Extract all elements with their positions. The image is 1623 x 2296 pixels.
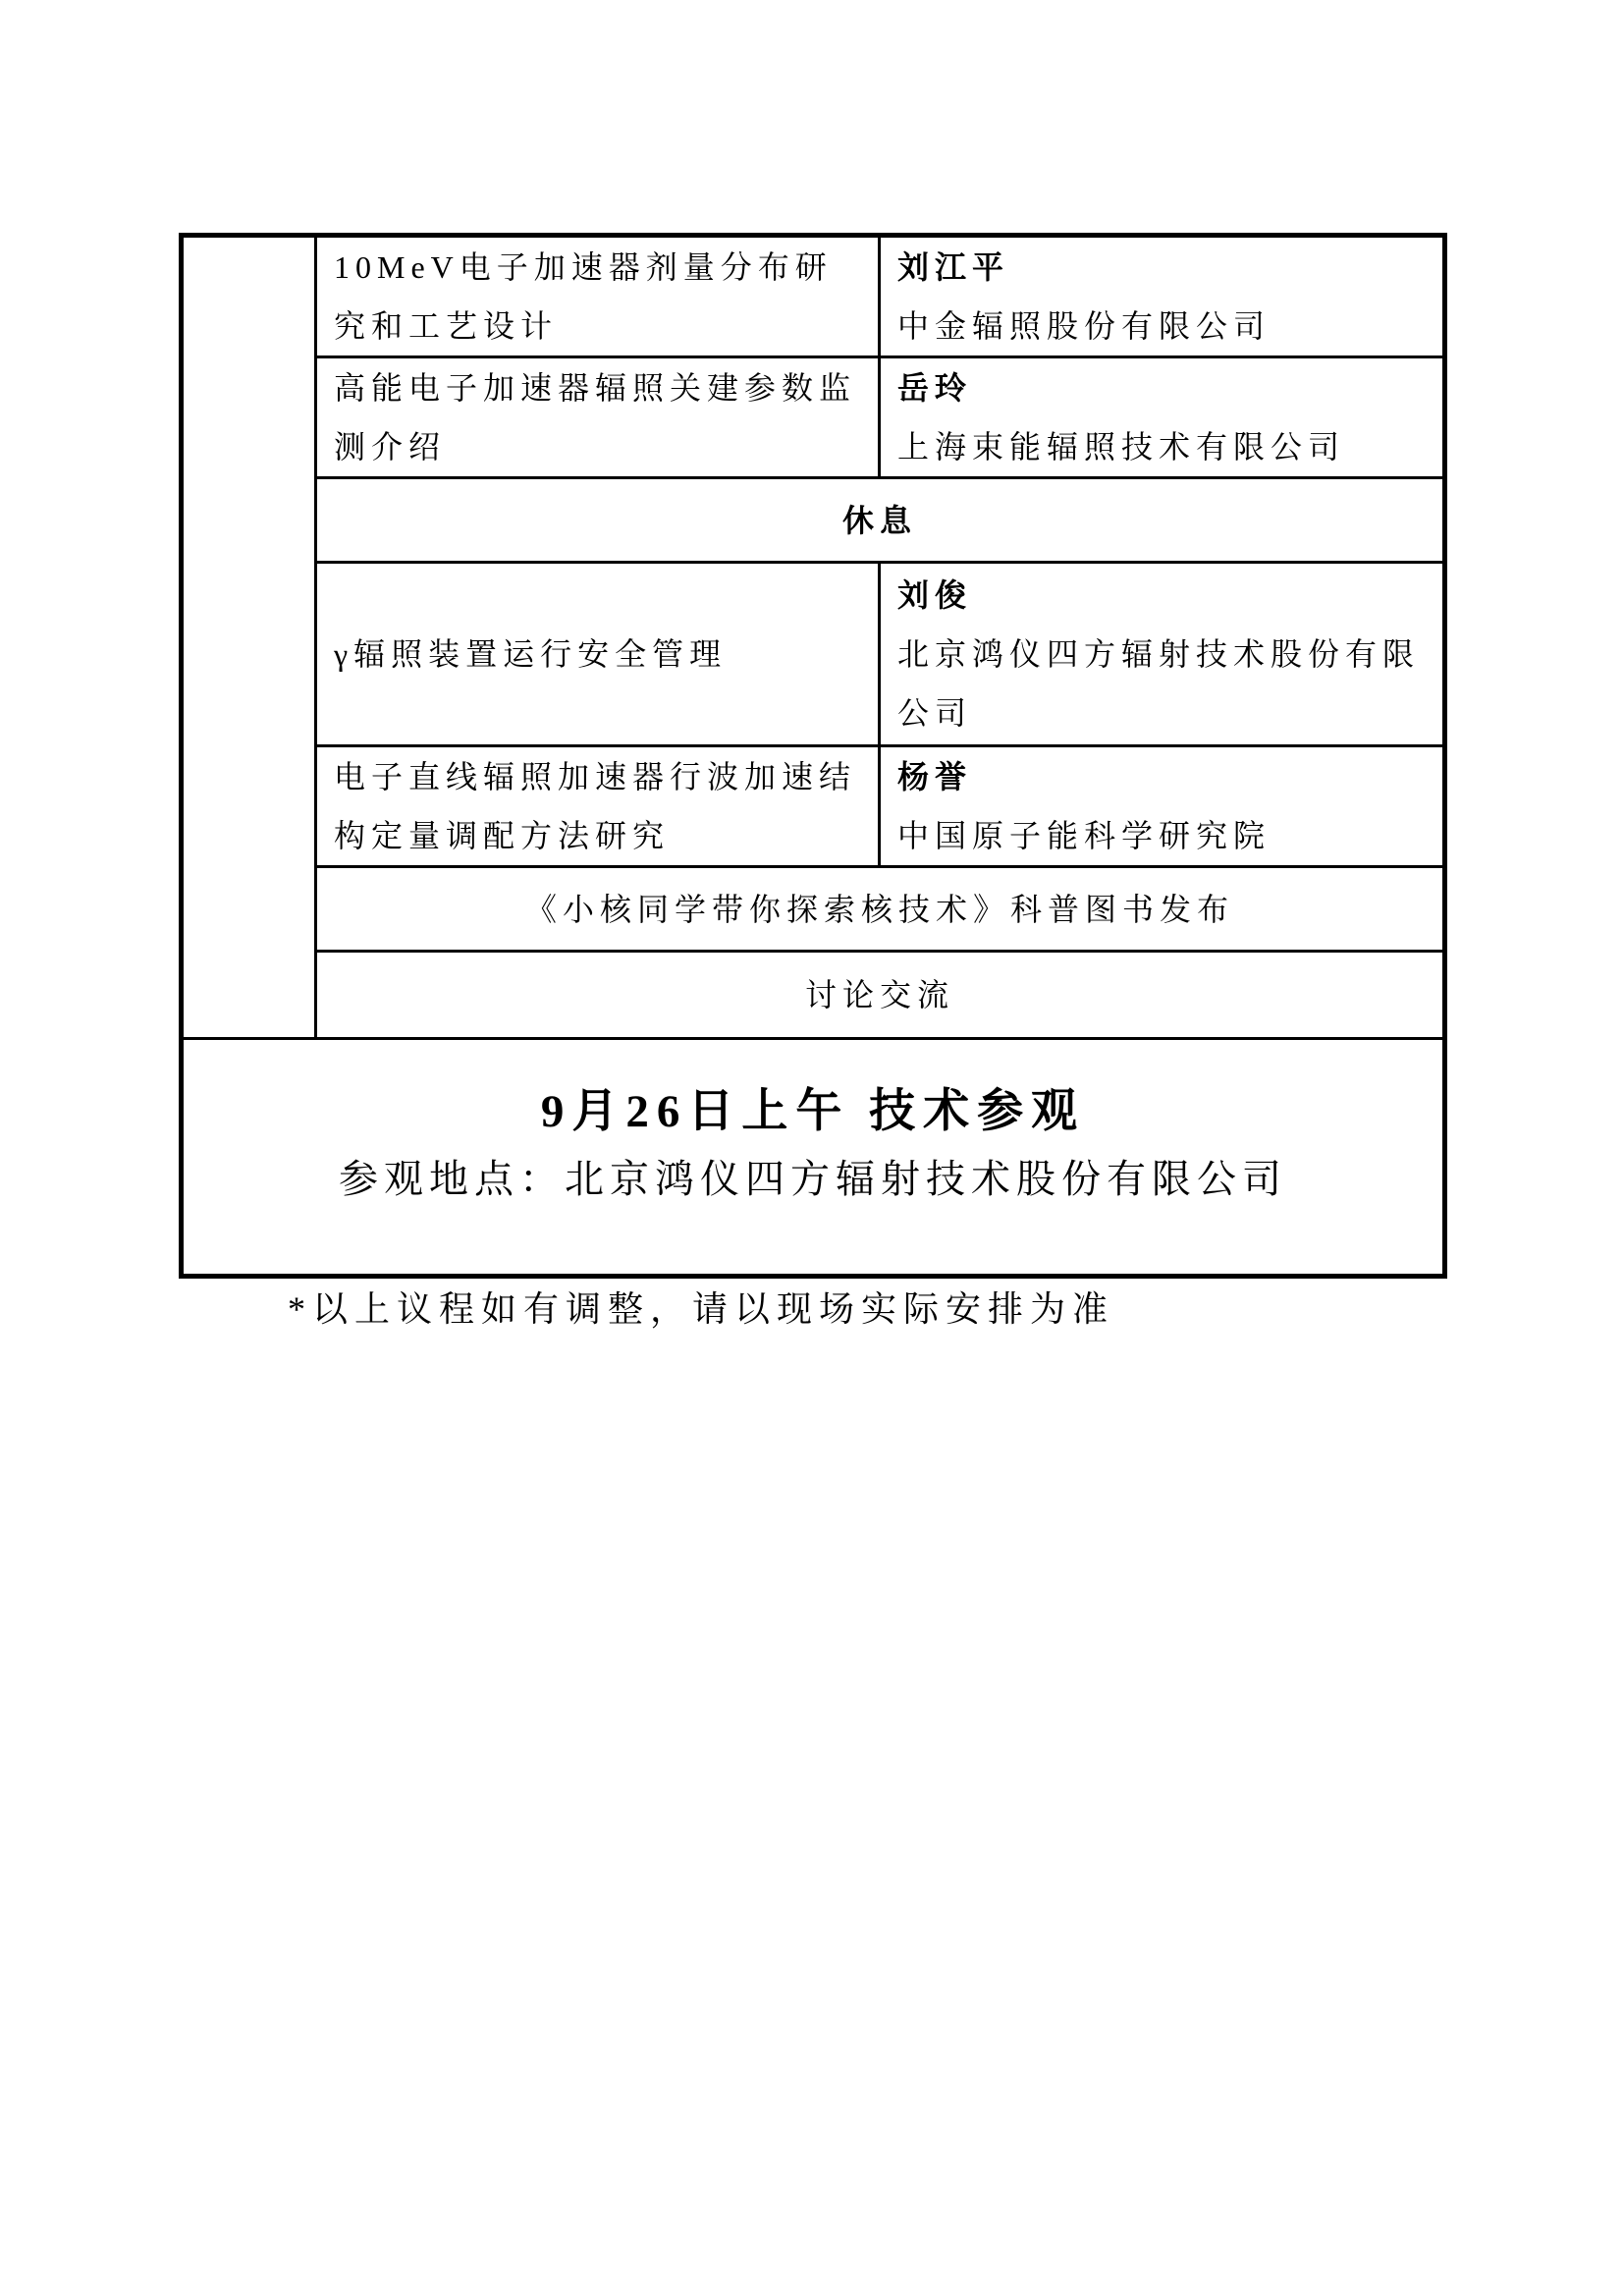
session-title-line: 构定量调配方法研究 <box>334 806 872 865</box>
session-title-cell: 高能电子加速器辐照关建参数监 测介绍 <box>316 357 880 478</box>
discussion-label: 讨论交流 <box>805 977 954 1012</box>
session-row-2: 高能电子加速器辐照关建参数监 测介绍 岳玲 上海束能辐照技术有限公司 <box>182 357 1445 478</box>
speaker-org-line: 北京鸿仪四方辐射技术股份有限 <box>897 625 1436 683</box>
session-row-1: 10MeV电子加速器剂量分布研 究和工艺设计 刘江平 中金辐照股份有限公司 <box>182 236 1445 357</box>
speaker-name: 刘江平 <box>897 238 1436 297</box>
speaker-name: 刘俊 <box>897 566 1436 625</box>
speaker-org-line: 上海束能辐照技术有限公司 <box>897 417 1436 476</box>
book-release-row: 《小核同学带你探索核技术》科普图书发布 <box>182 867 1445 952</box>
speaker-name: 岳玲 <box>897 358 1436 417</box>
session-title-cell: 10MeV电子加速器剂量分布研 究和工艺设计 <box>316 236 880 357</box>
visit-row: 9月26日上午 技术参观 参观地点：北京鸿仪四方辐射技术股份有限公司 <box>182 1039 1445 1277</box>
break-row: 休息 <box>182 478 1445 563</box>
session-title-line: γ辐照装置运行安全管理 <box>334 625 872 683</box>
speaker-cell: 刘俊 北京鸿仪四方辐射技术股份有限 公司 <box>880 563 1445 746</box>
discussion-cell: 讨论交流 <box>316 952 1445 1039</box>
session-title-cell: γ辐照装置运行安全管理 <box>316 563 880 746</box>
discussion-row: 讨论交流 <box>182 952 1445 1039</box>
document-page: 10MeV电子加速器剂量分布研 究和工艺设计 刘江平 中金辐照股份有限公司 高能… <box>0 0 1623 2296</box>
session-row-3: γ辐照装置运行安全管理 刘俊 北京鸿仪四方辐射技术股份有限 公司 <box>182 563 1445 746</box>
speaker-cell: 刘江平 中金辐照股份有限公司 <box>880 236 1445 357</box>
break-label: 休息 <box>842 503 917 538</box>
speaker-org-line: 公司 <box>897 683 1436 742</box>
session-title-line: 高能电子加速器辐照关建参数监 <box>334 358 872 417</box>
break-cell: 休息 <box>316 478 1445 563</box>
session-title-line: 究和工艺设计 <box>334 297 872 355</box>
speaker-org-line: 中金辐照股份有限公司 <box>897 297 1436 355</box>
time-column-cell <box>182 236 316 1039</box>
session-title-line: 10MeV电子加速器剂量分布研 <box>334 238 872 297</box>
session-row-4: 电子直线辐照加速器行波加速结 构定量调配方法研究 杨誉 中国原子能科学研究院 <box>182 746 1445 867</box>
speaker-org-line: 中国原子能科学研究院 <box>897 806 1436 865</box>
session-title-line: 电子直线辐照加速器行波加速结 <box>334 747 872 806</box>
book-release-cell: 《小核同学带你探索核技术》科普图书发布 <box>316 867 1445 952</box>
book-release-label: 《小核同学带你探索核技术》科普图书发布 <box>525 892 1234 927</box>
visit-cell: 9月26日上午 技术参观 参观地点：北京鸿仪四方辐射技术股份有限公司 <box>182 1039 1445 1277</box>
footnote: *以上议程如有调整，请以现场实际安排为准 <box>288 1280 1114 1339</box>
session-title-cell: 电子直线辐照加速器行波加速结 构定量调配方法研究 <box>316 746 880 867</box>
visit-location: 参观地点：北京鸿仪四方辐射技术股份有限公司 <box>184 1148 1442 1211</box>
speaker-cell: 岳玲 上海束能辐照技术有限公司 <box>880 357 1445 478</box>
speaker-cell: 杨誉 中国原子能科学研究院 <box>880 746 1445 867</box>
speaker-name: 杨誉 <box>897 747 1436 806</box>
visit-heading: 9月26日上午 技术参观 <box>184 1075 1442 1148</box>
agenda-table: 10MeV电子加速器剂量分布研 究和工艺设计 刘江平 中金辐照股份有限公司 高能… <box>179 233 1447 1279</box>
session-title-line: 测介绍 <box>334 417 872 476</box>
